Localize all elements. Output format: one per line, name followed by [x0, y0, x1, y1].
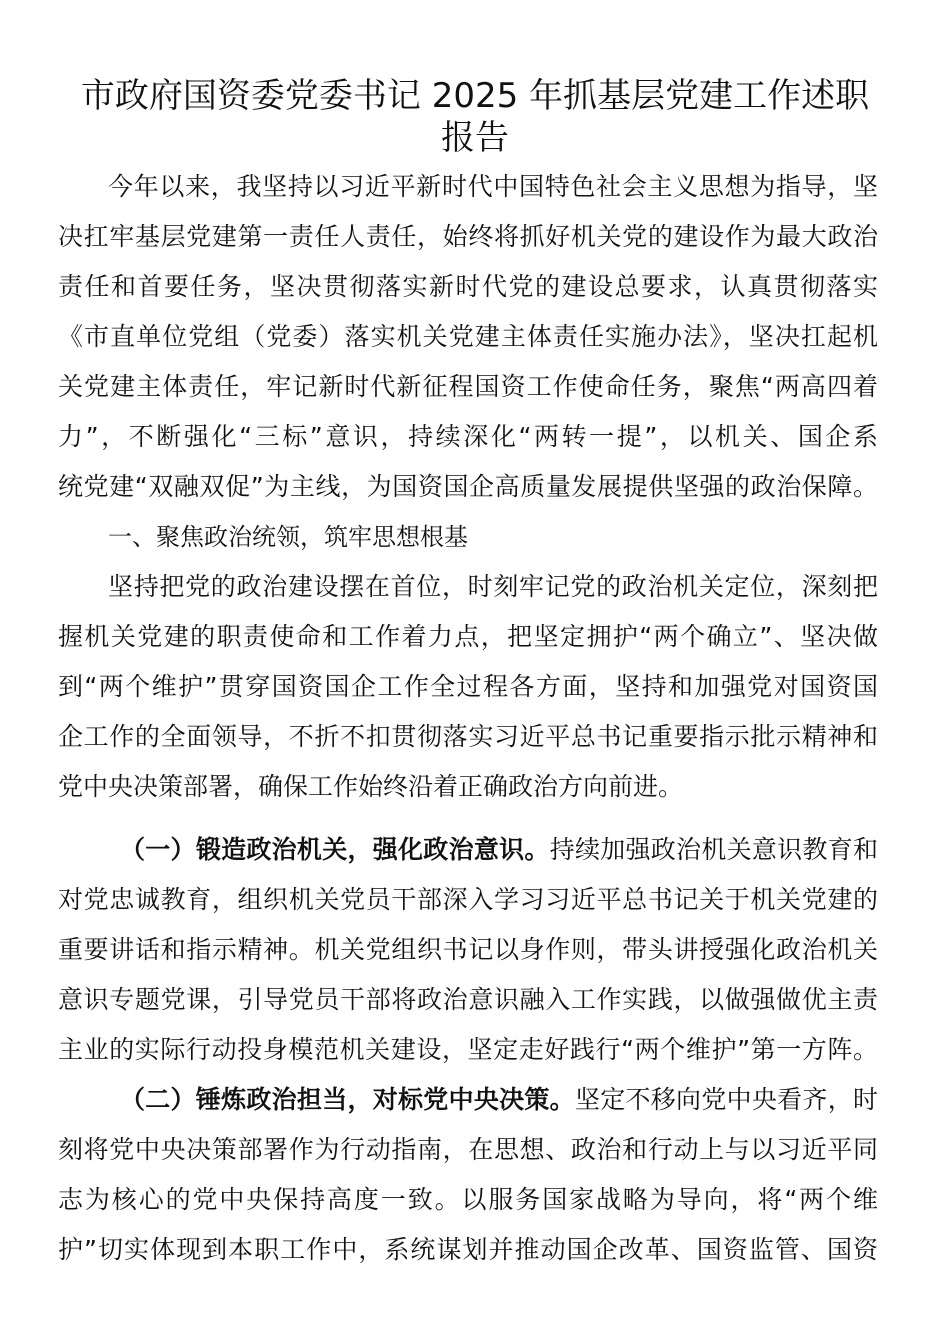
subsection-2-line-2: 刻将党中央决策部署作为行动指南，在思想、政治和行动上与以习近平同 — [58, 1133, 878, 1167]
subsection-2-line-4: 护”切实体现到本职工作中，系统谋划并推动国企改革、国资监管、国资 — [58, 1233, 878, 1267]
subsection-1-first-line-text: 持续加强政治机关意识教育和 — [550, 835, 878, 864]
section-1-line-5: 党中央决策部署，确保工作始终沿着正确政治方向前进。 — [58, 770, 878, 804]
document-title-line-2: 报告 — [0, 116, 950, 160]
subsection-2-first-line-text: 坚定不移向党中央看齐，时 — [575, 1085, 878, 1114]
intro-line-4: 《市直单位党组（党委）落实机关党建主体责任实施办法》，坚决扛起机 — [58, 320, 878, 354]
intro-line-7: 统党建“双融双促”为主线，为国资国企高质量发展提供坚强的政治保障。 — [58, 470, 878, 504]
document-page: 市政府国资委党委书记 2025 年抓基层党建工作述职 报告 今年以来，我坚持以习… — [0, 0, 950, 1344]
subsection-2-line-1: （二）锤炼政治担当，对标党中央决策。坚定不移向党中央看齐，时 — [120, 1083, 878, 1117]
intro-line-3: 责任和首要任务，坚决贯彻落实新时代党的建设总要求，认真贯彻落实 — [58, 270, 878, 304]
intro-line-6: 力”，不断强化“三标”意识，持续深化“两转一提”，以机关、国企系 — [58, 420, 878, 454]
intro-line-2: 决扛牢基层党建第一责任人责任，始终将抓好机关党的建设作为最大政治 — [58, 220, 878, 254]
document-title-line-1: 市政府国资委党委书记 2025 年抓基层党建工作述职 — [0, 74, 950, 118]
subsection-1-line-1: （一）锻造政治机关，强化政治意识。持续加强政治机关意识教育和 — [120, 833, 878, 867]
intro-line-5: 关党建主体责任，牢记新时代新征程国资工作使命任务，聚焦“两高四着 — [58, 370, 878, 404]
section-1-heading: 一、聚焦政治统领，筑牢思想根基 — [108, 520, 928, 554]
subsection-2-line-3: 志为核心的党中央保持高度一致。以服务国家战略为导向，将“两个维 — [58, 1183, 878, 1217]
section-1-line-2: 握机关党建的职责使命和工作着力点，把坚定拥护“两个确立”、坚决做 — [58, 620, 878, 654]
subsection-1-line-2: 对党忠诚教育，组织机关党员干部深入学习习近平总书记关于机关党建的 — [58, 883, 878, 917]
section-1-line-4: 企工作的全面领导，不折不扣贯彻落实习近平总书记重要指示批示精神和 — [58, 720, 878, 754]
subsection-1-line-3: 重要讲话和指示精神。机关党组织书记以身作则，带头讲授强化政治机关 — [58, 933, 878, 967]
subsection-1-heading: （一）锻造政治机关，强化政治意识。 — [120, 835, 550, 864]
subsection-1-line-4: 意识专题党课，引导党员干部将政治意识融入工作实践，以做强做优主责 — [58, 983, 878, 1017]
subsection-1-line-5: 主业的实际行动投身模范机关建设，坚定走好践行“两个维护”第一方阵。 — [58, 1033, 878, 1067]
section-1-line-1: 坚持把党的政治建设摆在首位，时刻牢记党的政治机关定位，深刻把 — [108, 570, 878, 604]
subsection-2-heading: （二）锤炼政治担当，对标党中央决策。 — [120, 1085, 575, 1114]
section-1-line-3: 到“两个维护”贯穿国资国企工作全过程各方面，坚持和加强党对国资国 — [58, 670, 878, 704]
intro-line-1: 今年以来，我坚持以习近平新时代中国特色社会主义思想为指导，坚 — [108, 170, 878, 204]
